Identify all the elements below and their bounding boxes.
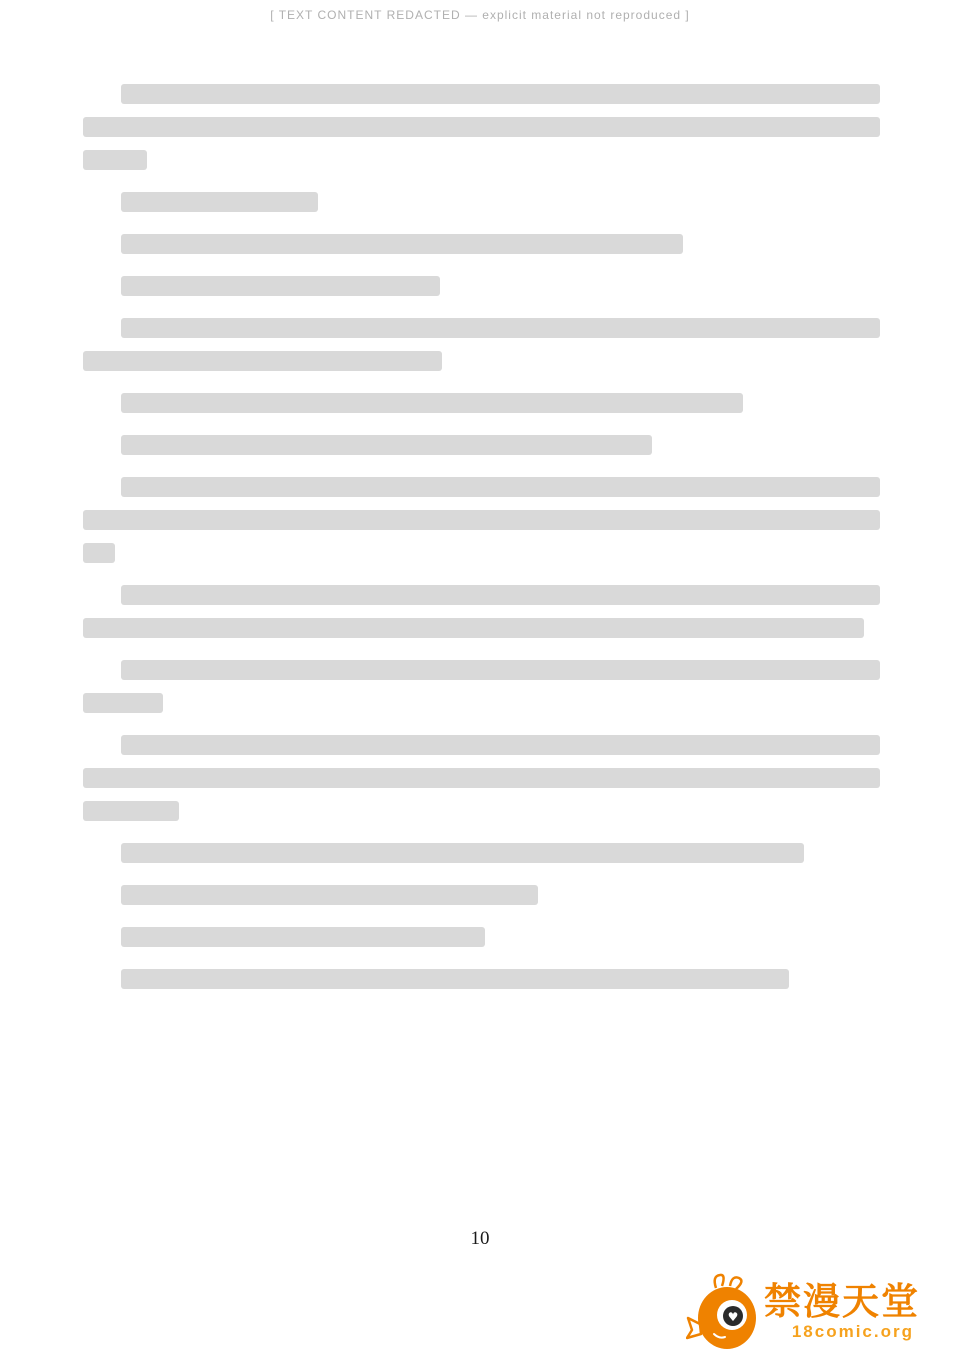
redacted-text-line <box>83 351 442 371</box>
redacted-text-line <box>121 393 743 413</box>
redacted-text-line <box>121 435 652 455</box>
site-watermark: ♥ 禁漫天堂 18comic.org <box>686 1272 946 1352</box>
redacted-text-line <box>121 84 880 104</box>
redacted-text-line <box>121 927 485 947</box>
redacted-text-line <box>121 192 318 212</box>
redacted-text-line <box>83 618 864 638</box>
redacted-paragraph <box>83 192 880 212</box>
redacted-paragraph <box>83 276 880 296</box>
redacted-text-line <box>83 801 179 821</box>
redacted-text-line <box>121 276 440 296</box>
redacted-paragraph <box>83 435 880 455</box>
brand-name: 禁漫天堂 <box>764 1282 920 1322</box>
page-number: 10 <box>0 1228 960 1250</box>
redacted-text-line <box>121 585 880 605</box>
redacted-text-line <box>121 477 880 497</box>
redacted-text-line <box>83 543 115 563</box>
redacted-paragraph <box>83 843 880 863</box>
redacted-text-line <box>121 234 683 254</box>
redacted-text-line <box>121 885 538 905</box>
brand-url: 18comic.org <box>792 1322 914 1342</box>
document-page: [ TEXT CONTENT REDACTED — explicit mater… <box>0 0 960 1357</box>
redacted-paragraph <box>83 84 880 170</box>
redacted-paragraph <box>83 477 880 563</box>
redacted-text-line <box>121 969 789 989</box>
mascot-icon: ♥ <box>686 1272 760 1352</box>
redacted-text-line <box>121 735 880 755</box>
svg-text:♥: ♥ <box>728 1310 739 1324</box>
redacted-paragraph <box>83 969 880 989</box>
redacted-text-line <box>83 150 147 170</box>
redacted-text-line <box>83 693 163 713</box>
redacted-paragraph <box>83 927 880 947</box>
redacted-text-line <box>83 768 880 788</box>
redacted-paragraph <box>83 393 880 413</box>
redacted-paragraph <box>83 234 880 254</box>
redacted-text-line <box>121 660 880 680</box>
redacted-text-line <box>83 510 880 530</box>
redacted-paragraph <box>83 585 880 638</box>
redacted-text-line <box>83 117 880 137</box>
page-body-text <box>83 84 880 1011</box>
redacted-paragraph <box>83 885 880 905</box>
redacted-text-line <box>121 843 804 863</box>
redacted-paragraph <box>83 660 880 713</box>
redacted-paragraph <box>83 318 880 371</box>
redaction-note: [ TEXT CONTENT REDACTED — explicit mater… <box>0 8 960 22</box>
redacted-paragraph <box>83 735 880 821</box>
redacted-text-line <box>121 318 880 338</box>
